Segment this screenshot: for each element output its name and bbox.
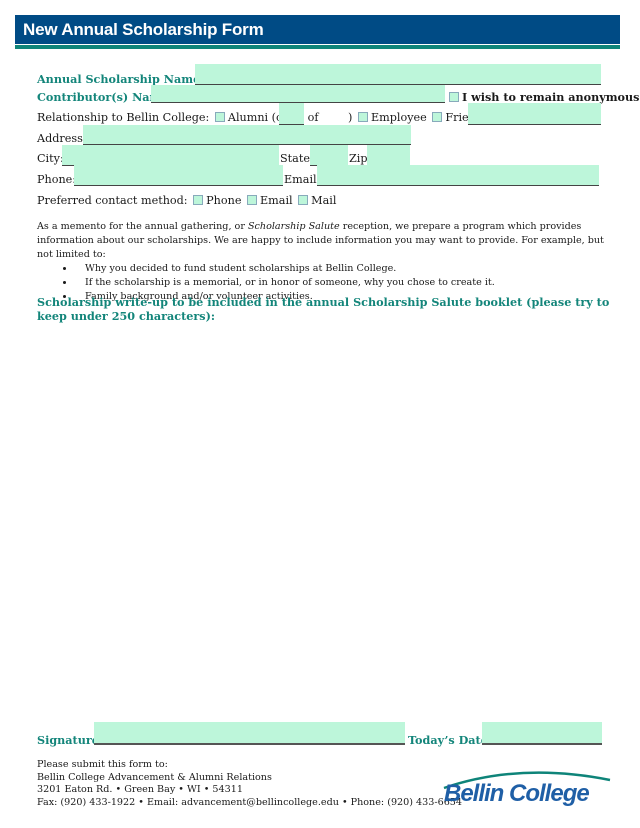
signature-field[interactable] (94, 722, 405, 745)
city-field[interactable] (62, 145, 279, 166)
writeup-label: Scholarship write-up to be included in t… (37, 295, 612, 323)
date-field[interactable] (482, 722, 602, 745)
intro-bullet: If the scholarship is a memorial, or in … (75, 276, 607, 290)
address-label: Address: (37, 132, 87, 145)
contact-email-checkbox[interactable] (247, 195, 257, 205)
address-row: Address: (37, 132, 87, 146)
form-header: New Annual Scholarship Form (15, 15, 620, 44)
state-field[interactable] (310, 145, 348, 166)
bellin-college-logo: Bellin College (440, 766, 620, 816)
email-label: Email: (284, 173, 320, 186)
email-field[interactable] (317, 165, 599, 186)
contact-phone-checkbox[interactable] (193, 195, 203, 205)
contact-phone-option[interactable]: Phone (191, 194, 241, 207)
friend-checkbox[interactable] (432, 112, 442, 122)
contact-mail-option[interactable]: Mail (296, 194, 336, 207)
anonymous-option[interactable]: I wish to remain anonymous (447, 90, 639, 104)
submission-info: Please submit this form to: Bellin Colle… (37, 759, 462, 809)
contact-method-label: Preferred contact method: (37, 194, 188, 207)
date-label: Today’s Date: (408, 733, 492, 747)
contact-method-row: Preferred contact method: Phone Email Ma… (37, 194, 336, 208)
relationship-label: Relationship to Bellin College: (37, 111, 209, 124)
relationship-employee[interactable]: Employee (356, 111, 427, 124)
alumni-checkbox[interactable] (215, 112, 225, 122)
anonymous-label: I wish to remain anonymous (462, 90, 639, 104)
state-label: State: (280, 152, 314, 165)
phone-field[interactable] (74, 165, 283, 186)
logo-text: Bellin College (444, 780, 589, 808)
anonymous-checkbox[interactable] (449, 92, 459, 102)
contact-email-option[interactable]: Email (245, 194, 293, 207)
address-field[interactable] (83, 125, 411, 145)
writeup-field[interactable] (37, 328, 602, 713)
class-year-field[interactable] (279, 103, 304, 125)
intro-bullet: Why you decided to fund student scholars… (75, 262, 607, 276)
contributor-field[interactable] (151, 85, 445, 103)
scholarship-name-row: Annual Scholarship Name(s): (37, 72, 221, 86)
city-label-row: City: (37, 152, 64, 166)
scholarship-name-field[interactable] (195, 64, 601, 85)
phone-label: Phone: (37, 173, 76, 186)
state-label-row: State: (280, 152, 314, 166)
intro-paragraph: As a memento for the annual gathering, o… (37, 220, 607, 262)
footer-line: Bellin College Advancement & Alumni Rela… (37, 772, 462, 785)
other-relationship-field[interactable] (468, 103, 601, 125)
footer-line: Please submit this form to: (37, 759, 462, 772)
email-label-row: Email: (284, 173, 320, 187)
city-label: City: (37, 152, 64, 165)
employee-checkbox[interactable] (358, 112, 368, 122)
intro-section: As a memento for the annual gathering, o… (37, 220, 607, 304)
zip-field[interactable] (367, 145, 410, 166)
footer-line: 3201 Eaton Rd. • Green Bay • WI • 54311 (37, 784, 462, 797)
footer-line: Fax: (920) 433-1922 • Email: advancement… (37, 797, 462, 810)
header-divider (15, 45, 620, 49)
date-row: Today’s Date: (408, 733, 492, 747)
scholarship-name-label: Annual Scholarship Name(s): (37, 72, 221, 86)
contact-mail-checkbox[interactable] (298, 195, 308, 205)
phone-label-row: Phone: (37, 173, 76, 187)
form-title: New Annual Scholarship Form (23, 20, 264, 40)
